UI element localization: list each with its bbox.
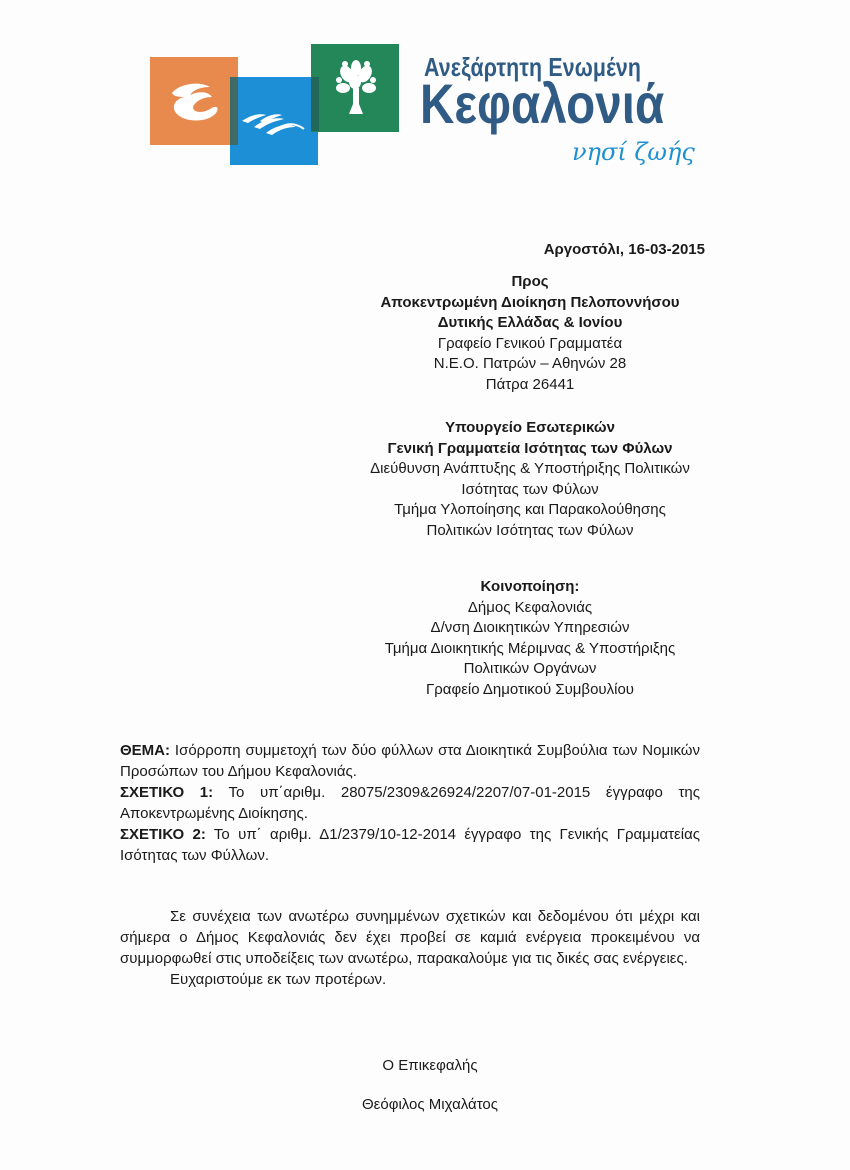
related-2-text: Το υπ΄ αριθμ. Δ1/2379/10-12-2014 έγγραφο… bbox=[120, 826, 700, 864]
cc-line: Δ/νση Διοικητικών Υπηρεσιών bbox=[360, 618, 700, 639]
logo-green-square bbox=[311, 44, 399, 132]
recipient-line: Διεύθυνση Ανάπτυξης & Υποστήριξης Πολιτι… bbox=[360, 459, 700, 480]
org-name-line2: Κεφαλονιά bbox=[420, 76, 664, 132]
subject-label: ΘΕΜΑ: bbox=[120, 742, 170, 759]
cc-heading: Κοινοποίηση: bbox=[360, 577, 700, 598]
cc-line: Δήμος Κεφαλονιάς bbox=[360, 598, 700, 619]
cc-line: Τμήμα Διοικητικής Μέριμνας & Υποστήριξης bbox=[360, 639, 700, 660]
cc-line: Γραφείο Δημοτικού Συμβουλίου bbox=[360, 680, 700, 701]
tree-icon bbox=[311, 44, 399, 132]
recipient-line: Πολιτικών Ισότητας των Φύλων bbox=[360, 521, 700, 542]
recipients-block: Προς Αποκεντρωμένη Διοίκηση Πελοποννήσου… bbox=[360, 272, 700, 395]
subject-text: Ισόρροπη συμμετοχή των δύο φύλλων στα Δι… bbox=[120, 742, 700, 780]
recipient-line: Γενική Γραμματεία Ισότητας των Φύλων bbox=[360, 439, 700, 460]
cc-line: Πολιτικών Οργάνων bbox=[360, 659, 700, 680]
birds-waves-icon bbox=[230, 77, 318, 165]
signature-title: Ο Επικεφαλής bbox=[300, 1057, 560, 1074]
hands-icon bbox=[150, 57, 238, 145]
recipients-heading: Προς bbox=[360, 272, 700, 293]
related-2: ΣΧΕΤΙΚΟ 2: Το υπ΄ αριθμ. Δ1/2379/10-12-2… bbox=[120, 824, 700, 866]
recipient-line: Αποκεντρωμένη Διοίκηση Πελοποννήσου bbox=[360, 293, 700, 314]
recipients-block-2: Υπουργείο Εσωτερικών Γενική Γραμματεία Ι… bbox=[360, 418, 700, 541]
cc-block: Κοινοποίηση: Δήμος Κεφαλονιάς Δ/νση Διοι… bbox=[360, 577, 700, 700]
logo-blue-square bbox=[230, 77, 318, 165]
recipient-line: Ν.Ε.Ο. Πατρών – Αθηνών 28 bbox=[360, 354, 700, 375]
letter-body: Σε συνέχεια των ανωτέρω συνημμένων σχετι… bbox=[120, 906, 700, 990]
logo-overlap bbox=[230, 77, 238, 145]
body-paragraph: Σε συνέχεια των ανωτέρω συνημμένων σχετι… bbox=[120, 906, 700, 969]
recipient-line: Τμήμα Υλοποίησης και Παρακολούθησης bbox=[360, 500, 700, 521]
logo-orange-square bbox=[150, 57, 238, 145]
recipient-line: Δυτικής Ελλάδας & Ιονίου bbox=[360, 313, 700, 334]
body-closing: Ευχαριστούμε εκ των προτέρων. bbox=[120, 969, 700, 990]
signature-name: Θεόφιλος Μιχαλάτος bbox=[300, 1096, 560, 1113]
logo-overlap bbox=[311, 77, 319, 131]
recipient-line: Γραφείο Γενικού Γραμματέα bbox=[360, 334, 700, 355]
related-2-label: ΣΧΕΤΙΚΟ 2: bbox=[120, 826, 206, 843]
date-line: Αργοστόλι, 16-03-2015 bbox=[544, 241, 705, 258]
recipient-line: Ισότητας των Φύλων bbox=[360, 480, 700, 501]
subject: ΘΕΜΑ: Ισόρροπη συμμετοχή των δύο φύλλων … bbox=[120, 740, 700, 782]
subject-references: ΘΕΜΑ: Ισόρροπη συμμετοχή των δύο φύλλων … bbox=[120, 740, 700, 866]
recipient-line: Υπουργείο Εσωτερικών bbox=[360, 418, 700, 439]
related-1: ΣΧΕΤΙΚΟ 1: Το υπ΄αριθμ. 28075/2309&26924… bbox=[120, 782, 700, 824]
recipient-line: Πάτρα 26441 bbox=[360, 375, 700, 396]
org-slogan: νησί ζωής bbox=[572, 138, 695, 166]
related-1-label: ΣΧΕΤΙΚΟ 1: bbox=[120, 784, 213, 801]
